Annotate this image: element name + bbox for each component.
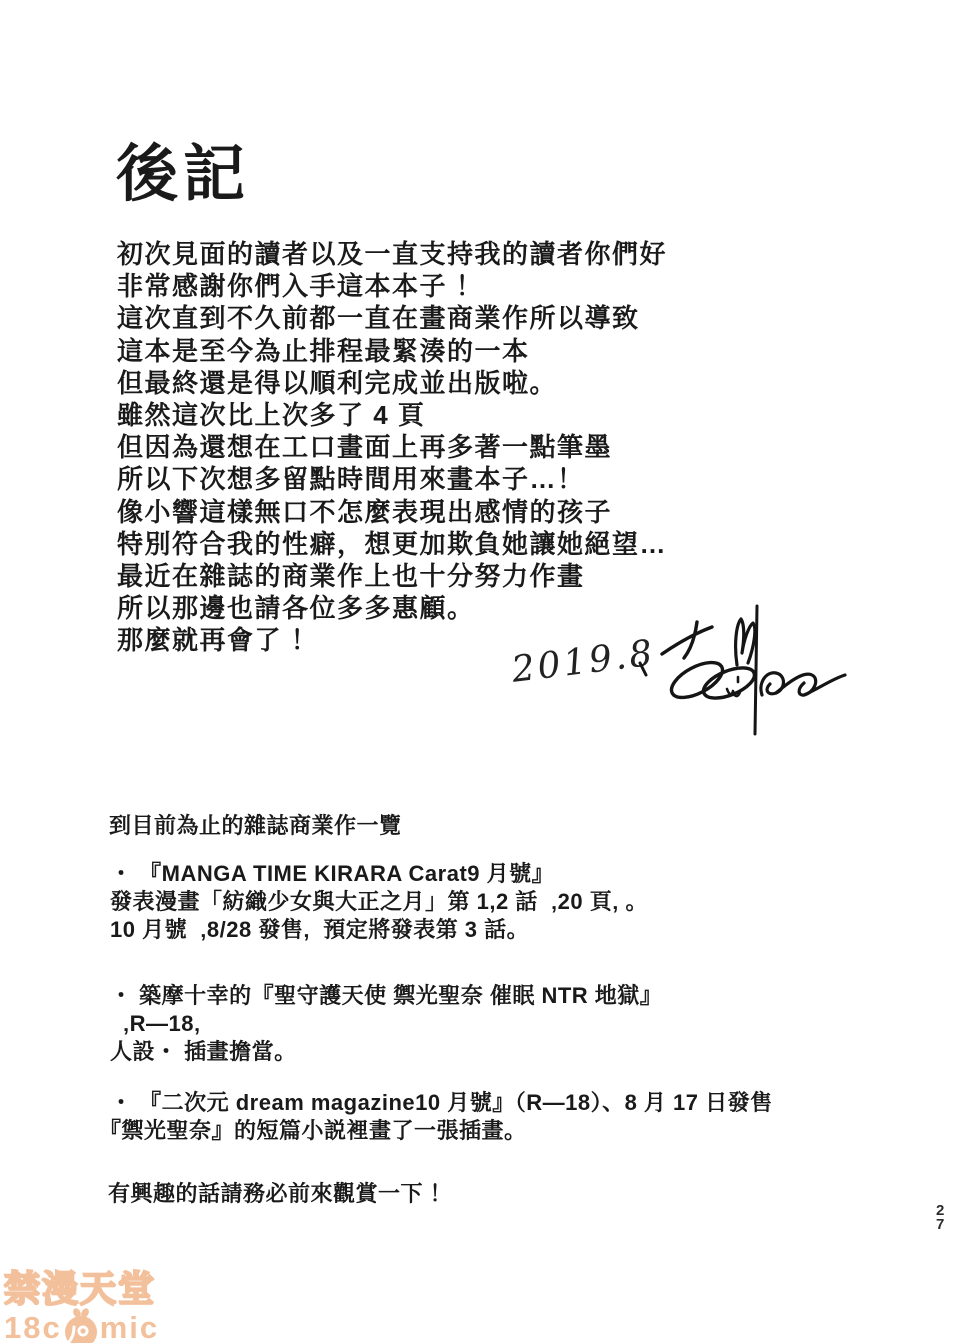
- closing-line: 有興趣的話請務必前來觀賞一下 ！: [108, 1180, 452, 1208]
- body-line: 所以下次想多留點時間用來畫本子…！: [117, 463, 667, 495]
- artist-signature: [498, 593, 858, 743]
- body-line: 非常感謝你們入手這本本子 ！: [117, 270, 667, 302]
- work-item-line: ‚R—18‚: [110, 1010, 662, 1038]
- body-line: 像小響這樣無口不怎麼表現出感情的孩子: [117, 496, 667, 528]
- page-number: 2 7: [936, 1204, 944, 1232]
- work-item-line: ・ 『MANGA TIME KIRARA Carat9 月號』: [110, 860, 648, 888]
- body-line: 但因為還想在工口畫面上再多著一點筆墨: [117, 431, 667, 463]
- work-item-kirara: ・ 『MANGA TIME KIRARA Carat9 月號』 發表漫畫「紡織少…: [110, 860, 648, 944]
- watermark-text-right: mic: [100, 1312, 159, 1343]
- page-title: 後記: [116, 124, 250, 213]
- whale-logo-icon: [63, 1306, 99, 1343]
- work-item-line: ・ 築摩十幸的『聖守護天使 禦光聖奈 催眠 NTR 地獄』: [110, 982, 662, 1010]
- watermark-text-left: 18c: [4, 1312, 62, 1343]
- watermark-text-bottom: 18c mic: [4, 1306, 159, 1343]
- work-item-line: 人設・ 插畫擔當。: [110, 1038, 662, 1066]
- afterword-page: 後記 初次見面的讀者以及一直支持我的讀者你們好 非常感謝你們入手這本本子 ！ 這…: [0, 0, 960, 1343]
- body-line: 特別符合我的性癖，想更加欺負她讓她絕望…: [117, 528, 667, 560]
- work-item-guardian-angel: ・ 築摩十幸的『聖守護天使 禦光聖奈 催眠 NTR 地獄』 ‚R—18‚ 人設・…: [110, 982, 662, 1066]
- body-line: 但最終還是得以順利完成並出版啦。: [117, 367, 667, 399]
- watermark-text-top: 禁漫天堂: [4, 1270, 159, 1308]
- body-line: 雖然這次比上次多了 4 頁: [117, 399, 667, 431]
- work-item-dream-magazine: ・ 『二次元 dream magazine10 月號』（R—18）、8 月 17…: [99, 1089, 773, 1145]
- body-line: 初次見面的讀者以及一直支持我的讀者你們好: [117, 238, 667, 270]
- page-number-digit: 7: [936, 1218, 944, 1232]
- work-item-line: 發表漫畫「紡織少女與大正之月」第 1,2 話 ‚20 頁‚ 。: [110, 888, 648, 916]
- works-section-heading: 到目前為止的雜誌商業作一覽: [109, 812, 402, 840]
- work-item-line: 10 月號 ‚8/28 發售‚ 預定將發表第 3 話。: [110, 916, 648, 944]
- body-line: 這本是至今為止排程最緊湊的一本: [117, 335, 667, 367]
- body-line: 最近在雜誌的商業作上也十分努力作畫: [117, 560, 667, 592]
- watermark: 禁漫天堂 18c mic: [4, 1270, 159, 1343]
- work-item-line: ・ 『二次元 dream magazine10 月號』（R—18）、8 月 17…: [99, 1089, 773, 1117]
- work-item-line: 『禦光聖奈』的短篇小説裡畫了一張插畫。: [99, 1117, 773, 1145]
- body-line: 這次直到不久前都一直在畫商業作所以導致: [117, 302, 667, 334]
